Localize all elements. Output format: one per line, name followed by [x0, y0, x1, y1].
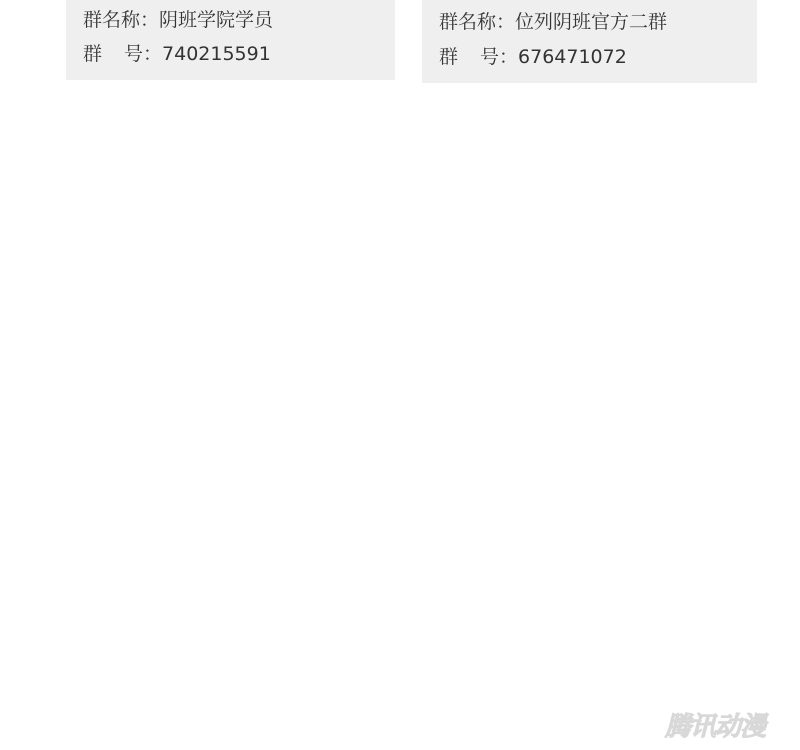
- group-name-row: 群名称：阴班学院学员: [83, 8, 273, 32]
- group-card-2: 群名称：位列阴班官方二群 群号：676471072: [422, 0, 757, 83]
- group-number-label-a: 群: [83, 43, 102, 65]
- group-name-label: 群名称：: [439, 11, 515, 33]
- group-name-value: 位列阴班官方二群: [515, 11, 667, 33]
- group-name-row: 群名称：位列阴班官方二群: [439, 10, 667, 34]
- group-number-value: 676471072: [518, 46, 627, 68]
- group-number-label-a: 群: [439, 46, 458, 68]
- group-number-row: 群号：676471072: [439, 45, 627, 69]
- group-number-value: 740215591: [162, 43, 271, 65]
- group-card-1: 群名称：阴班学院学员 群号：740215591: [66, 0, 395, 80]
- tencent-comic-watermark: 腾讯动漫: [665, 706, 765, 743]
- group-number-label-b: 号：: [124, 43, 162, 65]
- group-number-row: 群号：740215591: [83, 42, 271, 66]
- group-name-value: 阴班学院学员: [159, 9, 273, 31]
- group-name-label: 群名称：: [83, 9, 159, 31]
- group-number-label-b: 号：: [480, 46, 518, 68]
